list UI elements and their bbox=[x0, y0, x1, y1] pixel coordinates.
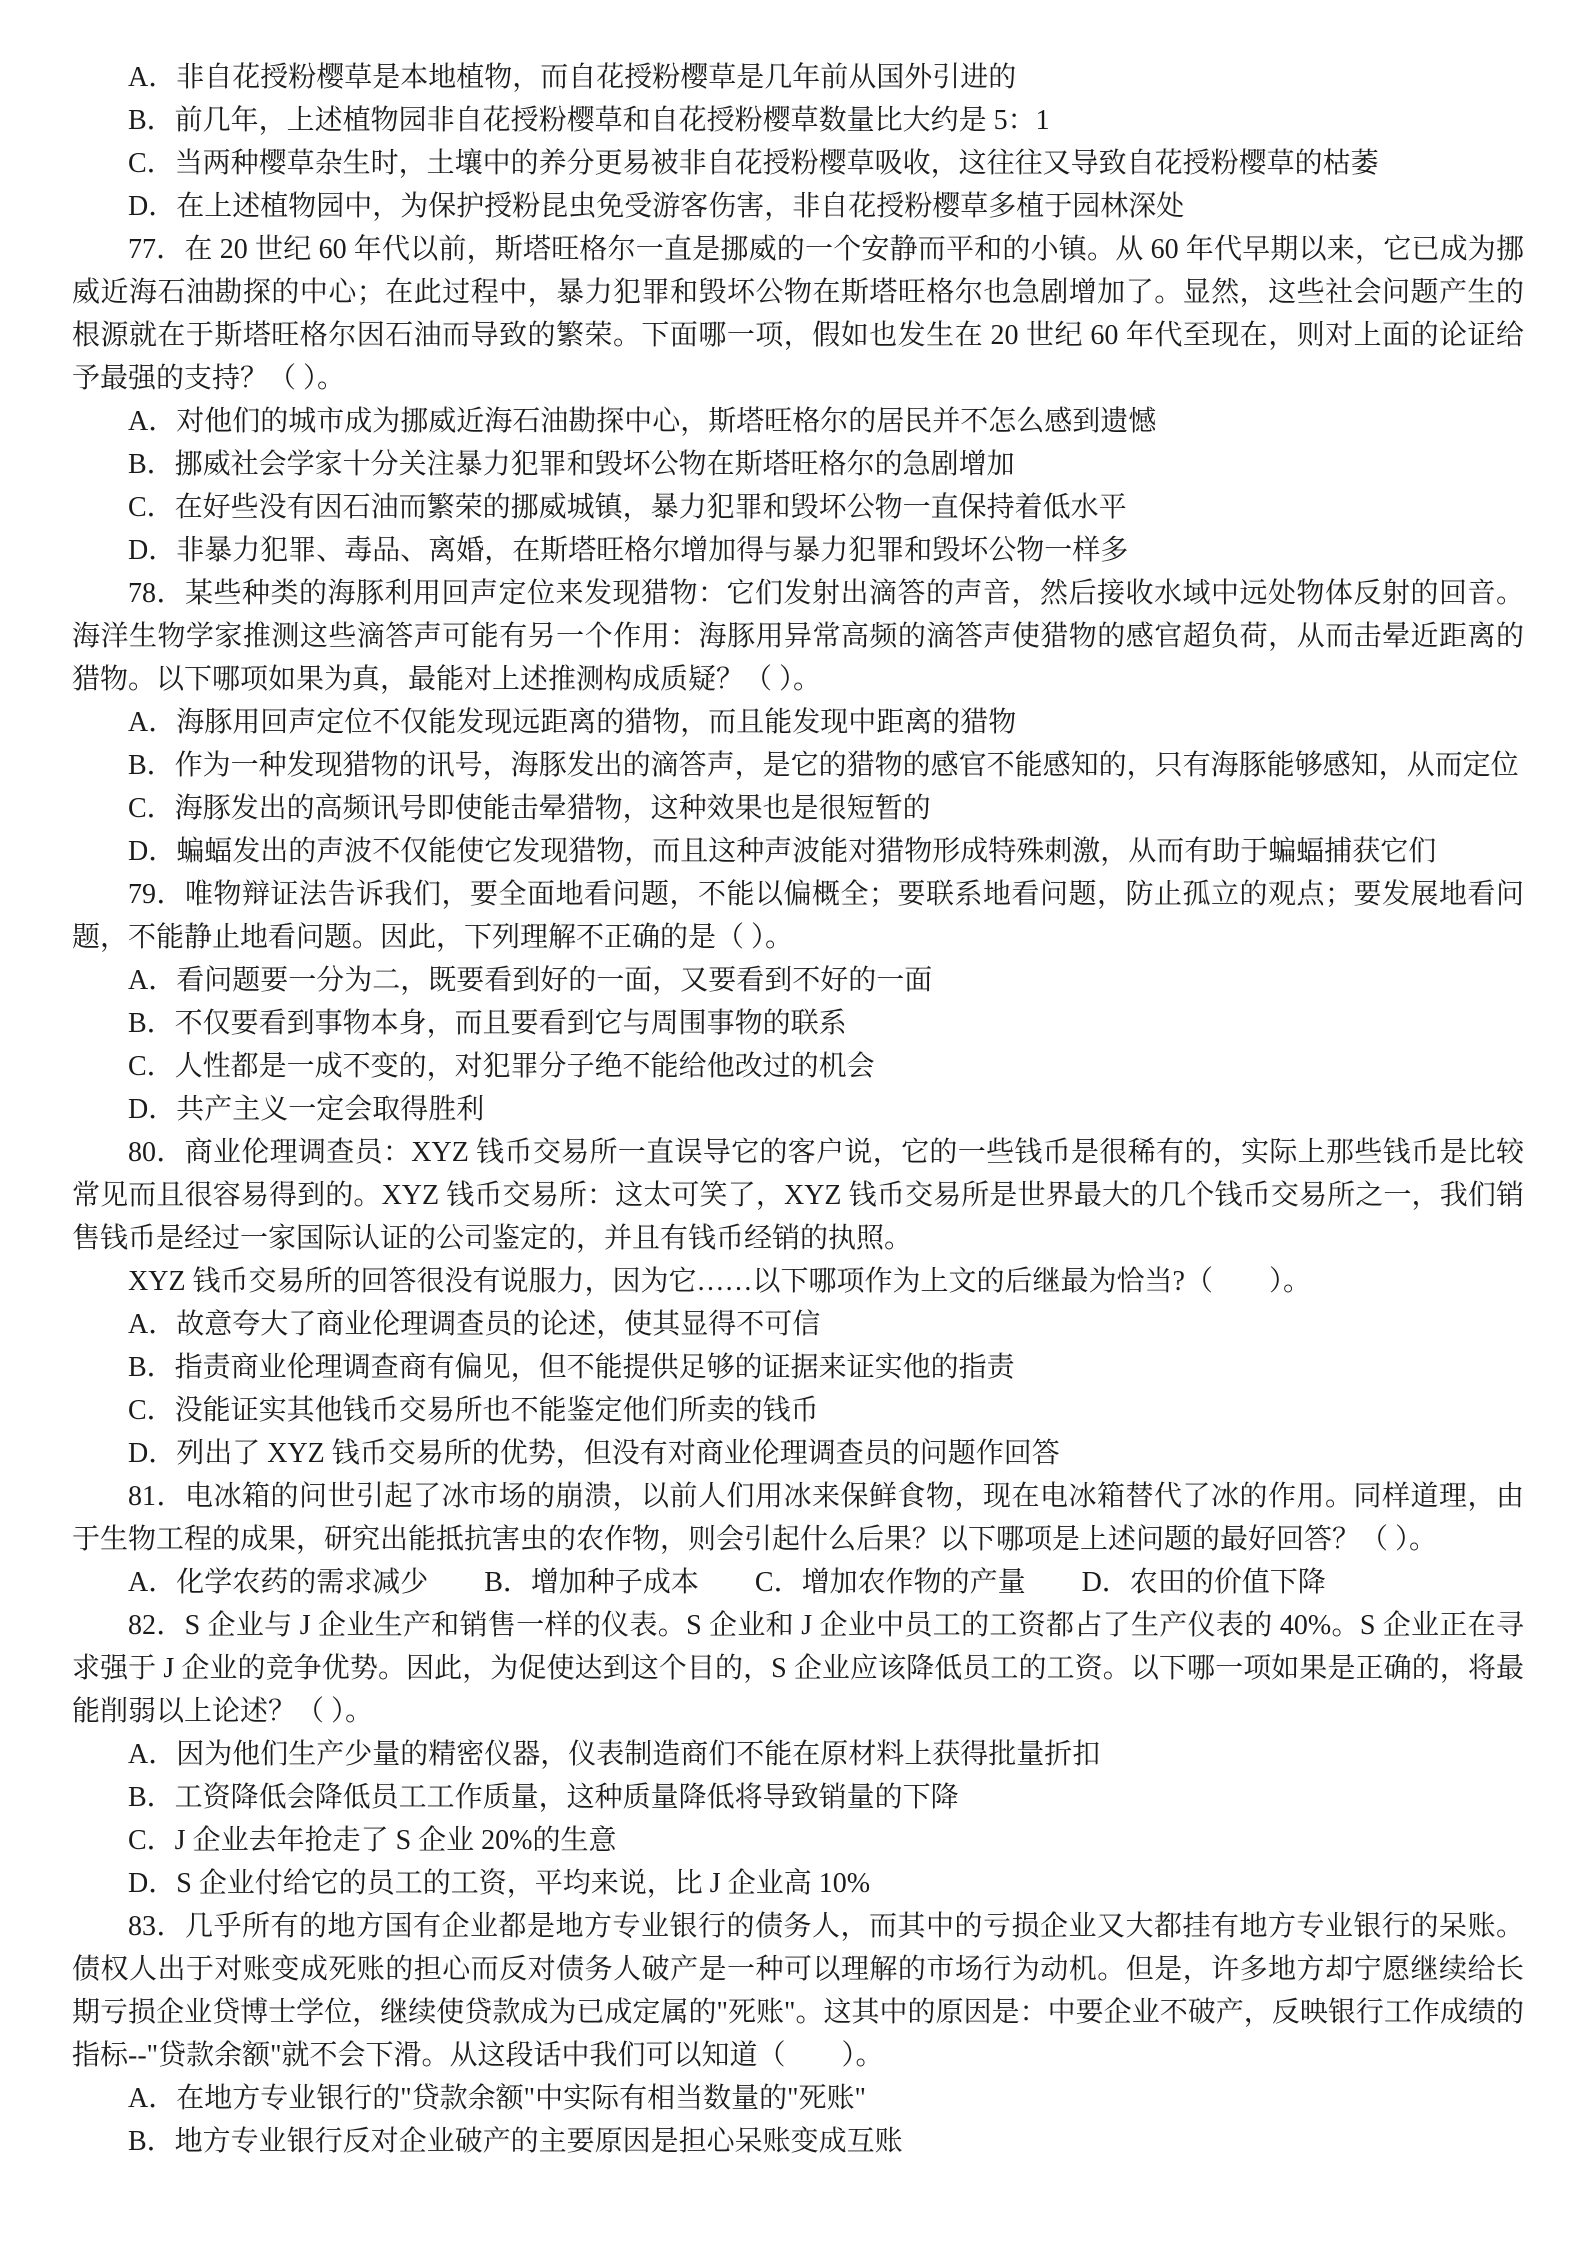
question-stem: 82．S 企业与 J 企业生产和销售一样的仪表。S 企业和 J 企业中员工的工资… bbox=[72, 1604, 1524, 1733]
question-stem: 79．唯物辩证法告诉我们，要全面地看问题，不能以偏概全；要联系地看问题，防止孤立… bbox=[72, 873, 1524, 959]
option-line: D．共产主义一定会取得胜利 bbox=[72, 1088, 1524, 1131]
option-line: A．在地方专业银行的"贷款余额"中实际有相当数量的"死账" bbox=[72, 2077, 1524, 2120]
option-line: B．不仅要看到事物本身，而且要看到它与周围事物的联系 bbox=[72, 1002, 1524, 1045]
option-line: D．蝙蝠发出的声波不仅能使它发现猎物，而且这种声波能对猎物形成特殊刺激，从而有助… bbox=[72, 830, 1524, 873]
option-line: D．列出了 XYZ 钱币交易所的优势，但没有对商业伦理调查员的问题作回答 bbox=[72, 1432, 1524, 1475]
question-stem: 78．某些种类的海豚利用回声定位来发现猎物：它们发射出滴答的声音，然后接收水域中… bbox=[72, 572, 1524, 701]
question-list: A．非自花授粉樱草是本地植物，而自花授粉樱草是几年前从国外引进的B．前几年，上述… bbox=[72, 56, 1524, 2163]
option-line: B．指责商业伦理调查商有偏见，但不能提供足够的证据来证实他的指责 bbox=[72, 1346, 1524, 1389]
question-stem: 77．在 20 世纪 60 年代以前，斯塔旺格尔一直是挪威的一个安静而平和的小镇… bbox=[72, 228, 1524, 400]
option-line: C．J 企业去年抢走了 S 企业 20%的生意 bbox=[72, 1819, 1524, 1862]
option-line: B．作为一种发现猎物的讯号，海豚发出的滴答声，是它的猎物的感官不能感知的，只有海… bbox=[72, 744, 1524, 787]
question-stem: 80．商业伦理调查员：XYZ 钱币交易所一直误导它的客户说，它的一些钱币是很稀有… bbox=[72, 1131, 1524, 1260]
option-line: C．人性都是一成不变的，对犯罪分子绝不能给他改过的机会 bbox=[72, 1045, 1524, 1088]
option-line: A．因为他们生产少量的精密仪器，仪表制造商们不能在原材料上获得批量折扣 bbox=[72, 1733, 1524, 1776]
option-line: D．非暴力犯罪、毒品、离婚，在斯塔旺格尔增加得与暴力犯罪和毁坏公物一样多 bbox=[72, 529, 1524, 572]
option-line: C．没能证实其他钱币交易所也不能鉴定他们所卖的钱币 bbox=[72, 1389, 1524, 1432]
option-line: B．工资降低会降低员工工作质量，这种质量降低将导致销量的下降 bbox=[72, 1776, 1524, 1819]
option-line: A．化学农药的需求减少 B．增加种子成本 C．增加农作物的产量 D．农田的价值下… bbox=[72, 1561, 1524, 1604]
option-line: B．前几年，上述植物园非自花授粉樱草和自花授粉樱草数量比大约是 5：1 bbox=[72, 99, 1524, 142]
option-line: D．在上述植物园中，为保护授粉昆虫免受游客伤害，非自花授粉樱草多植于园林深处 bbox=[72, 185, 1524, 228]
option-line: A．非自花授粉樱草是本地植物，而自花授粉樱草是几年前从国外引进的 bbox=[72, 56, 1524, 99]
option-line: A．海豚用回声定位不仅能发现远距离的猎物，而且能发现中距离的猎物 bbox=[72, 701, 1524, 744]
scanned-exam-page: A．非自花授粉樱草是本地植物，而自花授粉樱草是几年前从国外引进的B．前几年，上述… bbox=[0, 0, 1594, 2252]
option-line: A．故意夸大了商业伦理调查员的论述，使其显得不可信 bbox=[72, 1303, 1524, 1346]
option-line: B．地方专业银行反对企业破产的主要原因是担心呆账变成互账 bbox=[72, 2120, 1524, 2163]
option-line: B．挪威社会学家十分关注暴力犯罪和毁坏公物在斯塔旺格尔的急剧增加 bbox=[72, 443, 1524, 486]
option-line: A．对他们的城市成为挪威近海石油勘探中心，斯塔旺格尔的居民并不怎么感到遗憾 bbox=[72, 400, 1524, 443]
option-line: C．当两种樱草杂生时，土壤中的养分更易被非自花授粉樱草吸收，这往往又导致自花授粉… bbox=[72, 142, 1524, 185]
question-stem: 83．几乎所有的地方国有企业都是地方专业银行的债务人，而其中的亏损企业又大都挂有… bbox=[72, 1905, 1524, 2077]
question-stem: 81．电冰箱的问世引起了冰市场的崩溃，以前人们用冰来保鲜食物，现在电冰箱替代了冰… bbox=[72, 1475, 1524, 1561]
option-line: C．海豚发出的高频讯号即使能击晕猎物，这种效果也是很短暂的 bbox=[72, 787, 1524, 830]
option-line: D．S 企业付给它的员工的工资，平均来说，比 J 企业高 10% bbox=[72, 1862, 1524, 1905]
question-stem: XYZ 钱币交易所的回答很没有说服力，因为它……以下哪项作为上文的后继最为恰当?… bbox=[72, 1260, 1524, 1303]
option-line: A．看问题要一分为二，既要看到好的一面，又要看到不好的一面 bbox=[72, 959, 1524, 1002]
option-line: C．在好些没有因石油而繁荣的挪威城镇，暴力犯罪和毁坏公物一直保持着低水平 bbox=[72, 486, 1524, 529]
